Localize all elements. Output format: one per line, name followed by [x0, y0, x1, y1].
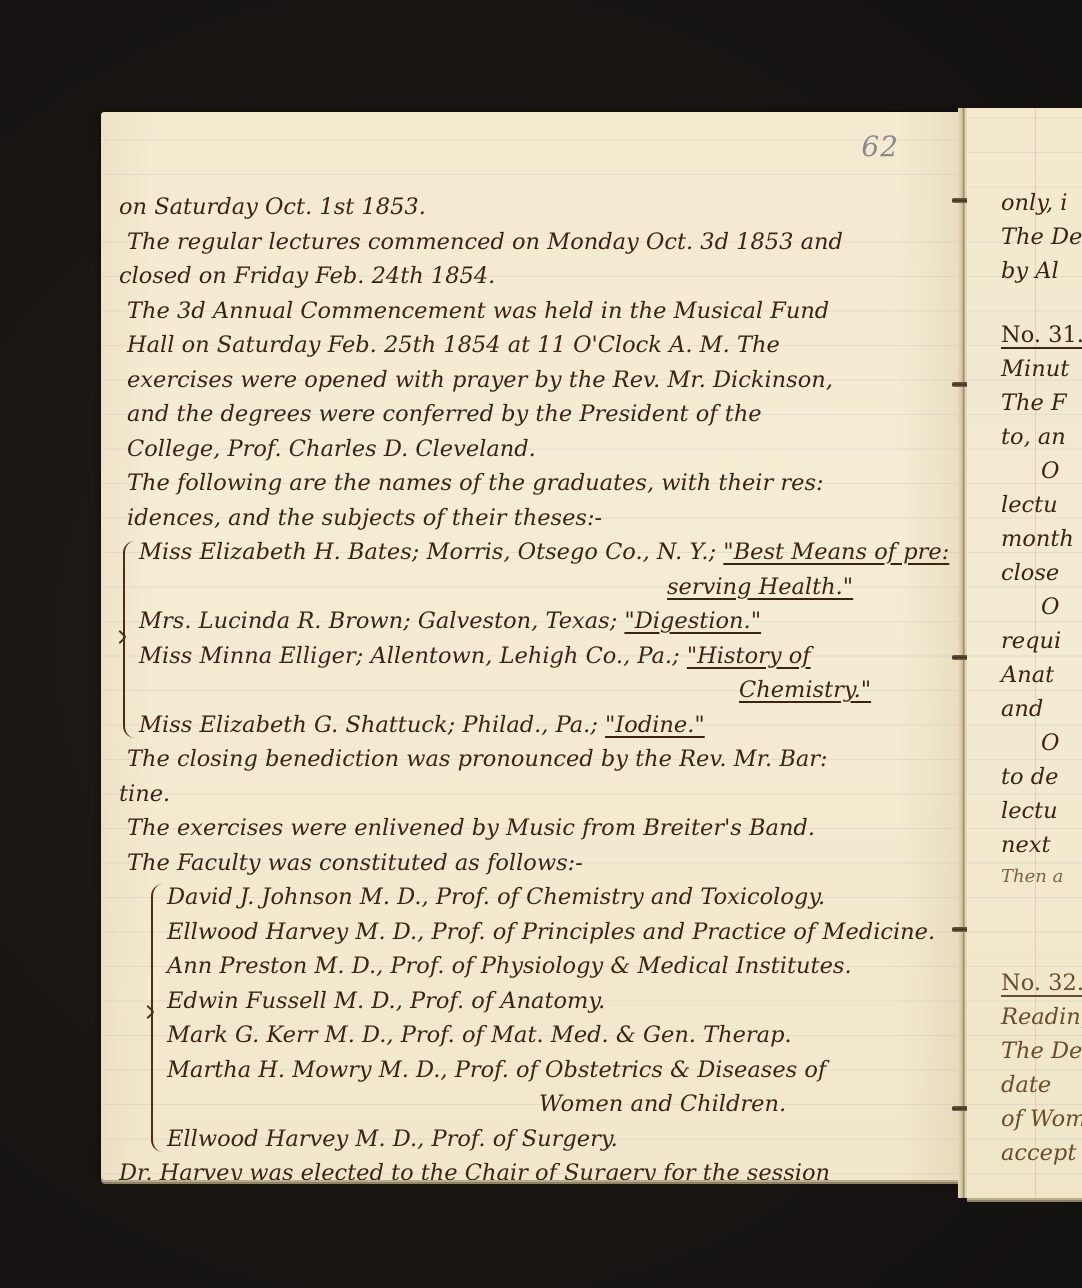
- text-line-fragment: The De: [1001, 220, 1082, 255]
- graduate-thesis: "Best Means of pre:: [723, 539, 949, 565]
- text-line-fragment: O: [1041, 590, 1059, 625]
- left-page: 62 on Saturday Oct. 1st 1853. The regula…: [101, 112, 969, 1180]
- text-line-fragment: to de: [1001, 760, 1058, 795]
- text-line: The exercises were enlivened by Music fr…: [119, 811, 959, 846]
- text-line-fragment: The F: [1001, 386, 1067, 421]
- text-line: idences, and the subjects of their these…: [119, 501, 959, 536]
- bracket-decoration: [123, 541, 137, 738]
- text-line: Dr. Harvey was elected to the Chair of S…: [119, 1156, 959, 1180]
- faculty-entry: Edwin Fussell M. D., Prof. of Anatomy.: [167, 984, 959, 1019]
- text-line: The 3d Annual Commencement was held in t…: [119, 294, 959, 329]
- right-page: only, i The De by Al No. 31. Minut The F…: [967, 108, 1082, 1198]
- bracket-decoration: [151, 884, 165, 1152]
- text-line: closed on Friday Feb. 24th 1854.: [119, 259, 959, 294]
- text-line: The regular lectures commenced on Monday…: [119, 225, 959, 260]
- text-line: tine.: [119, 777, 959, 812]
- faculty-list: David J. Johnson M. D., Prof. of Chemist…: [119, 880, 959, 1156]
- graduate-entry: Miss Elizabeth H. Bates; Morris, Otsego …: [139, 535, 959, 604]
- text-line-fragment: O: [1041, 454, 1059, 489]
- faculty-entry: Ann Preston M. D., Prof. of Physiology &…: [167, 949, 959, 984]
- text-line-fragment: O: [1041, 726, 1059, 761]
- text-line: The closing benediction was pronounced b…: [119, 742, 959, 777]
- text-line: College, Prof. Charles D. Cleveland.: [119, 432, 959, 467]
- text-line-fragment: Anat: [1001, 658, 1054, 693]
- text-line-fragment: date: [1001, 1068, 1051, 1103]
- graduates-list: Miss Elizabeth H. Bates; Morris, Otsego …: [119, 535, 959, 742]
- text-line-fragment: of Wom: [1001, 1102, 1082, 1137]
- text-line-fragment: Reading: [1001, 1000, 1082, 1035]
- graduate-residence: Morris, Otsego Co., N. Y.: [426, 539, 708, 565]
- graduate-residence: Galveston, Texas: [418, 608, 610, 634]
- faculty-entry: Ellwood Harvey M. D., Prof. of Surgery.: [167, 1122, 959, 1157]
- minute-number-heading: No. 31.: [1001, 318, 1082, 353]
- text-line-fragment: month: [1001, 522, 1074, 557]
- minute-number-heading: No. 32.: [1001, 966, 1082, 1001]
- text-line-fragment: to, an: [1001, 420, 1066, 455]
- graduate-residence: Philad., Pa.: [462, 712, 590, 738]
- graduate-entry: Miss Elizabeth G. Shattuck; Philad., Pa.…: [139, 708, 959, 743]
- text-line-fragment: only, i: [1001, 186, 1067, 221]
- faculty-entry: Martha H. Mowry M. D., Prof. of Obstetri…: [167, 1053, 959, 1088]
- graduate-name: Mrs. Lucinda R. Brown: [139, 608, 403, 634]
- text-line-fragment: close: [1001, 556, 1059, 591]
- text-line-fragment: accept: [1001, 1136, 1076, 1171]
- text-line-fragment: Then a: [1001, 860, 1063, 895]
- text-line: The Faculty was constituted as follows:-: [119, 846, 959, 881]
- text-line-fragment: requi: [1001, 624, 1061, 659]
- text-line-fragment: next: [1001, 828, 1051, 863]
- text-line: The following are the names of the gradu…: [119, 466, 959, 501]
- faculty-entry: Ellwood Harvey M. D., Prof. of Principle…: [167, 915, 959, 950]
- text-line: and the degrees were conferred by the Pr…: [119, 397, 959, 432]
- graduate-name: Miss Elizabeth H. Bates: [139, 539, 412, 565]
- graduate-name: Miss Elizabeth G. Shattuck: [139, 712, 448, 738]
- text-line-fragment: and: [1001, 692, 1043, 727]
- graduate-entry: Miss Minna Elliger; Allentown, Lehigh Co…: [139, 639, 959, 708]
- text-line: Hall on Saturday Feb. 25th 1854 at 11 O'…: [119, 328, 959, 363]
- text-line: on Saturday Oct. 1st 1853.: [119, 190, 959, 225]
- graduate-thesis-continued: Chemistry.": [739, 677, 871, 703]
- graduate-thesis: "Digestion.": [624, 608, 761, 634]
- text-line-fragment: The Dea: [1001, 1034, 1082, 1069]
- text-line-fragment: by Al: [1001, 254, 1059, 289]
- faculty-entry: Mark G. Kerr M. D., Prof. of Mat. Med. &…: [167, 1018, 959, 1053]
- text-line: exercises were opened with prayer by the…: [119, 363, 959, 398]
- faculty-entry: David J. Johnson M. D., Prof. of Chemist…: [167, 880, 959, 915]
- graduate-residence: Allentown, Lehigh Co., Pa.: [370, 643, 672, 669]
- left-page-text: on Saturday Oct. 1st 1853. The regular l…: [119, 190, 959, 1180]
- graduate-name: Miss Minna Elliger: [139, 643, 356, 669]
- faculty-entry-continued: Women and Children.: [167, 1087, 959, 1122]
- page-number: 62: [861, 130, 899, 163]
- graduate-thesis: "History of: [687, 643, 811, 669]
- text-line-fragment: Minut: [1001, 352, 1069, 387]
- graduate-thesis: "Iodine.": [605, 712, 705, 738]
- text-line-fragment: lectu: [1001, 794, 1058, 829]
- text-line-fragment: lectu: [1001, 488, 1058, 523]
- graduate-thesis-continued: serving Health.": [667, 574, 853, 600]
- graduate-entry: Mrs. Lucinda R. Brown; Galveston, Texas;…: [139, 604, 959, 639]
